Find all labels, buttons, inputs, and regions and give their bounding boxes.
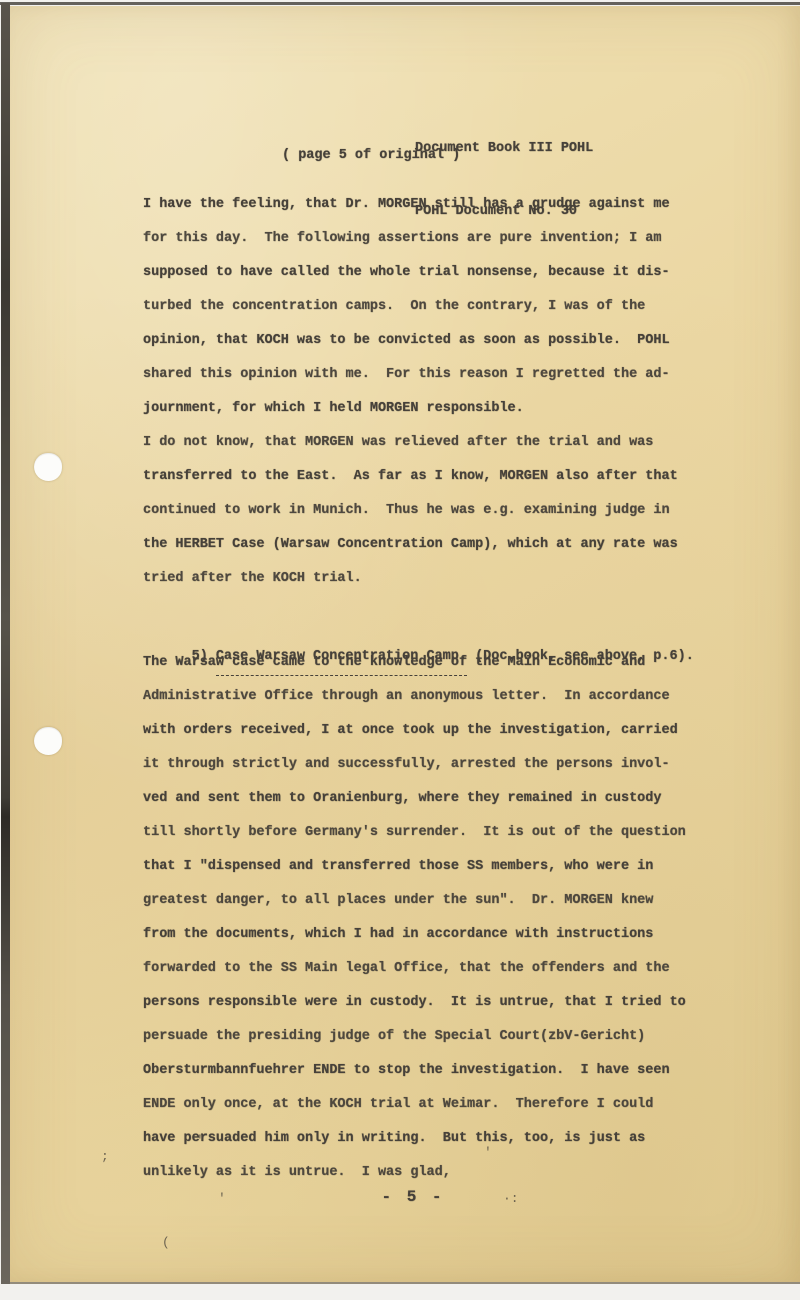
text-line: for this day. The following assertions a… <box>143 222 699 256</box>
text-line: persons responsible were in custody. It … <box>143 986 699 1020</box>
text-line: supposed to have called the whole trial … <box>143 256 699 290</box>
text-line: transferred to the East. As far as I kno… <box>143 460 699 494</box>
text-line: Administrative Office through an anonymo… <box>143 680 699 714</box>
text-line: forwarded to the SS Main legal Office, t… <box>143 952 699 986</box>
stray-ink-mark: ; <box>101 1150 109 1163</box>
punch-hole <box>34 453 62 481</box>
paper-sheet: Document Book III POHL POHL Document No.… <box>10 6 800 1284</box>
paragraph-block-1: I have the feeling, that Dr. MORGEN stil… <box>143 188 699 596</box>
text-line: persuade the presiding judge of the Spec… <box>143 1020 699 1054</box>
text-line: The Warsaw case came to the knowledge of… <box>143 646 699 680</box>
text-line: turbed the concentration camps. On the c… <box>143 290 699 324</box>
stray-ink-mark: ' <box>218 1192 226 1205</box>
punch-hole <box>34 727 62 755</box>
text-line: have persuaded him only in writing. But … <box>143 1122 699 1156</box>
text-line: I have the feeling, that Dr. MORGEN stil… <box>143 188 699 222</box>
scan-left-edge <box>1 3 10 1284</box>
text-line: journment, for which I held MORGEN respo… <box>143 392 699 426</box>
text-line: tried after the KOCH trial. <box>143 562 699 596</box>
text-line: from the documents, which I had in accor… <box>143 918 699 952</box>
text-line: Obersturmbannfuehrer ENDE to stop the in… <box>143 1054 699 1088</box>
scanned-document-page: Document Book III POHL POHL Document No.… <box>0 0 800 1300</box>
text-line: greatest danger, to all places under the… <box>143 884 699 918</box>
stray-ink-mark: ' <box>484 1146 492 1159</box>
text-line: ved and sent them to Oranienburg, where … <box>143 782 699 816</box>
text-line: opinion, that KOCH was to be convicted a… <box>143 324 699 358</box>
text-line: that I "dispensed and transferred those … <box>143 850 699 884</box>
text-line: shared this opinion with me. For this re… <box>143 358 699 392</box>
stray-ink-mark: ( <box>162 1236 170 1249</box>
stray-ink-mark: ' <box>196 1134 204 1147</box>
text-line: with orders received, I at once took up … <box>143 714 699 748</box>
page-reference: ( page 5 of original ) <box>282 146 460 166</box>
scan-top-edge <box>0 2 800 5</box>
paragraph-block-2: The Warsaw case came to the knowledge of… <box>143 646 699 1190</box>
text-line: ENDE only once, at the KOCH trial at Wei… <box>143 1088 699 1122</box>
text-line: continued to work in Munich. Thus he was… <box>143 494 699 528</box>
text-line: unlikely as it is untrue. I was glad, <box>143 1156 699 1190</box>
stray-ink-mark: ·: <box>503 1192 519 1205</box>
text-line: till shortly before Germany's surrender.… <box>143 816 699 850</box>
text-line: it through strictly and successfully, ar… <box>143 748 699 782</box>
text-line: the HERBET Case (Warsaw Concentration Ca… <box>143 528 699 562</box>
text-line: I do not know, that MORGEN was relieved … <box>143 426 699 460</box>
